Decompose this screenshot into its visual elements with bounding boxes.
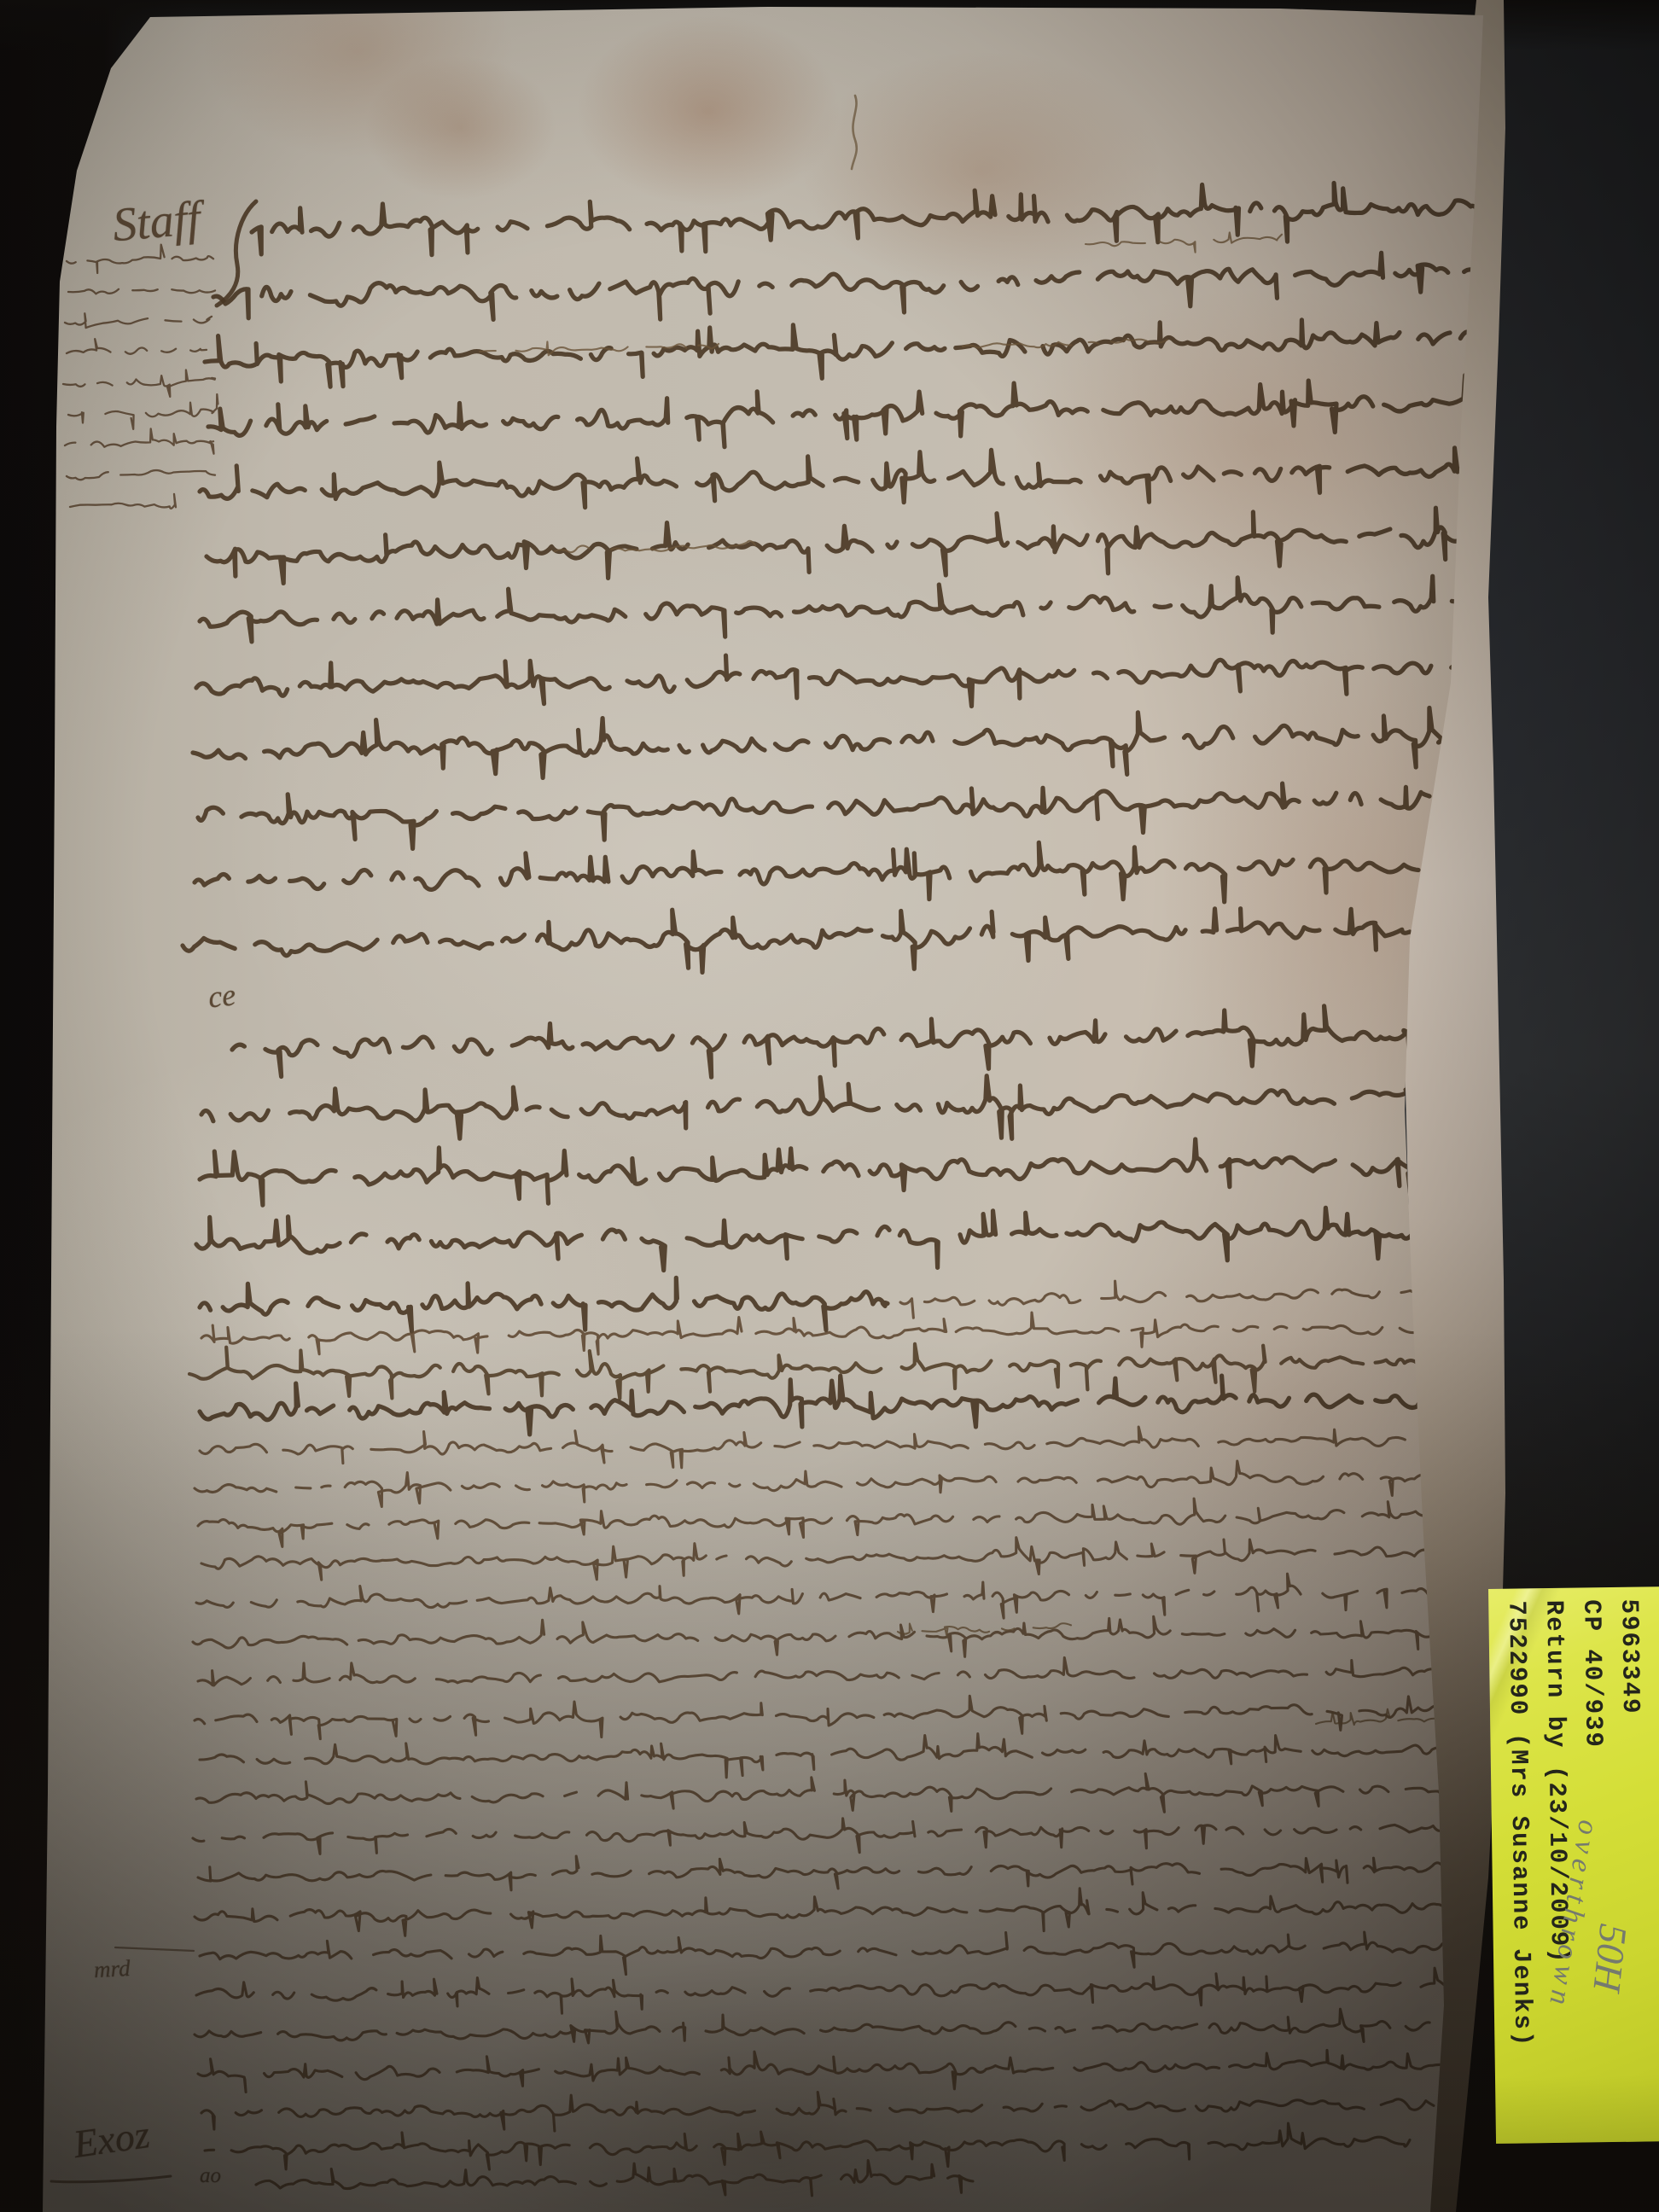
text-line xyxy=(65,313,212,328)
text-line xyxy=(183,909,1410,973)
text-line xyxy=(205,317,1483,387)
margin-county-heading: Staff xyxy=(110,191,202,253)
text-line xyxy=(207,508,1481,583)
note-pencil-annotation-1: 50H xyxy=(1584,1922,1636,1994)
text-line xyxy=(68,289,215,294)
text-line xyxy=(200,1139,1412,1205)
text-line xyxy=(195,2009,1458,2043)
text-line xyxy=(196,1968,1461,2013)
margin-left-note: mrd xyxy=(93,1955,131,1983)
text-line xyxy=(195,1696,1460,1738)
text-line xyxy=(213,253,1487,319)
text-line xyxy=(200,1734,1461,1778)
text-line xyxy=(232,1006,1410,1077)
text-line xyxy=(193,708,1442,778)
photograph-of-plea-roll-page: Staff ce mrd Exoz ao 5963349 CP 40/939 R… xyxy=(0,0,1659,2212)
text-line xyxy=(256,2161,973,2196)
text-line xyxy=(201,1313,1433,1354)
text-line xyxy=(200,1278,888,1331)
ink-flourish xyxy=(115,1947,194,1951)
text-line xyxy=(200,448,1476,508)
text-line xyxy=(196,1208,1415,1270)
note-reference-number: 5963349 xyxy=(1610,1598,1655,2128)
text-line xyxy=(193,1616,1455,1656)
text-line xyxy=(208,375,1487,447)
text-line xyxy=(198,1498,1444,1547)
text-line xyxy=(198,783,1429,848)
text-line xyxy=(195,842,1418,901)
text-line xyxy=(193,1816,1464,1854)
text-line xyxy=(201,1538,1447,1580)
text-line xyxy=(200,1427,1441,1468)
archive-sticky-note: 5963349 CP 40/939 Return by (23/10/2009)… xyxy=(1488,1586,1659,2144)
text-line xyxy=(205,2123,1410,2169)
text-line xyxy=(200,1932,1464,1974)
ink-flourish xyxy=(852,96,857,169)
text-line xyxy=(198,1657,1458,1685)
text-line xyxy=(198,1856,1466,1890)
text-line xyxy=(195,1889,1466,1936)
text-line xyxy=(196,655,1461,706)
text-line xyxy=(189,1344,1434,1399)
text-line xyxy=(201,2093,1434,2132)
text-line xyxy=(67,470,215,480)
text-line xyxy=(65,428,214,453)
text-line xyxy=(195,1461,1442,1506)
note-reader-name: 7522990 (Mrs Susanne Jenks) xyxy=(1497,1600,1542,2130)
ink-flourish xyxy=(51,2176,171,2182)
text-line xyxy=(196,1773,1463,1812)
text-line xyxy=(198,2050,1449,2092)
text-line xyxy=(252,183,1481,255)
last-line-start-word: ao xyxy=(200,2164,221,2188)
text-line xyxy=(200,576,1472,642)
text-line xyxy=(68,394,218,429)
text-line xyxy=(63,370,215,397)
text-line xyxy=(900,1281,1427,1318)
text-line xyxy=(70,494,176,509)
text-line xyxy=(196,1574,1451,1618)
text-line xyxy=(67,339,207,354)
margin-paragraph-end-mark: ce xyxy=(207,976,237,1015)
text-line xyxy=(201,1076,1410,1139)
